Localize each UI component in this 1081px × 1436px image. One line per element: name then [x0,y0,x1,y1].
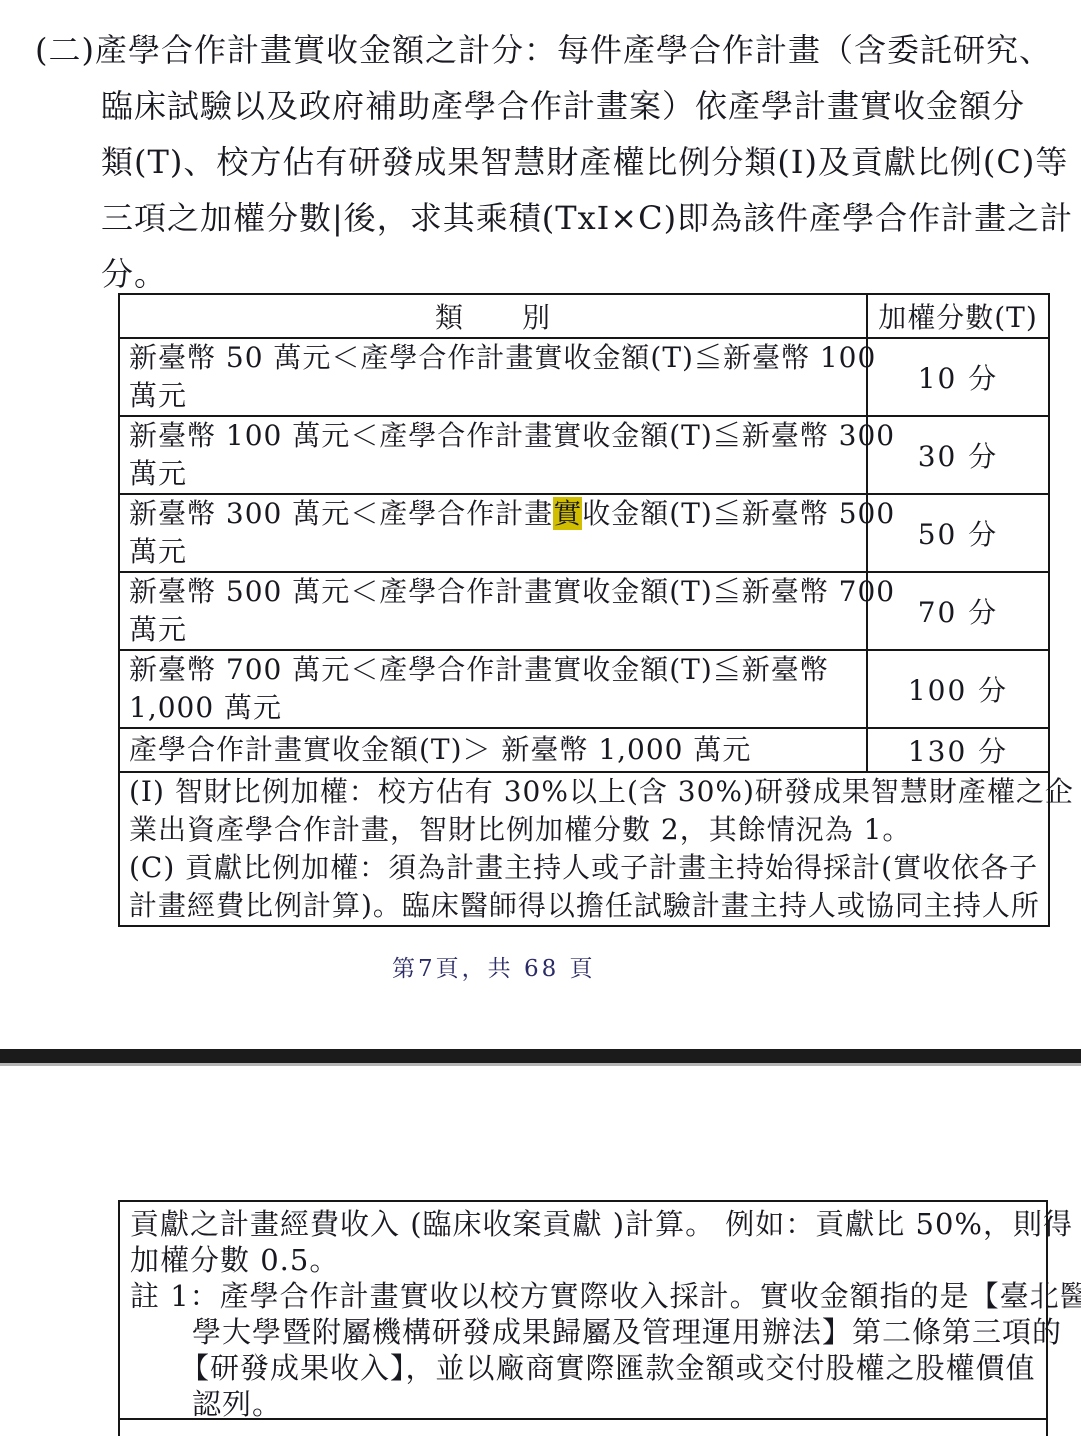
notes-continuation-box: 貢獻之計畫經費收入 (臨床收案貢獻 )計算。 例如：貢獻比 50%，則得 加權分… [118,1200,1048,1420]
box-line: 【研發成果收入】，並以廠商實際匯款金額或交付股權之股權價值 [130,1350,1036,1386]
next-table-row-partial [118,1420,1048,1436]
table-row: 產學合作計畫實收金額(T)＞ 新臺幣 1,000 萬元 130 分 [119,728,1049,772]
score-table: 類 別 加權分數(T) 新臺幣 50 萬元＜產學合作計畫實收金額(T)≦新臺幣 … [118,293,1050,927]
category-line: 新臺幣 500 萬元＜產學合作計畫實收金額(T)≦新臺幣 700 [129,573,857,611]
note-line: (I) 智財比例加權：校方佔有 30%以上(含 30%)研發成果智慧財產權之企 [129,773,1039,811]
category-header: 類 別 [119,294,867,338]
paragraph-line: (二)產學合作計畫實收金額之計分：每件產學合作計畫（含委託研究、 [35,22,1073,78]
box-line: 加權分數 0.5。 [130,1242,1036,1278]
category-cell: 新臺幣 100 萬元＜產學合作計畫實收金額(T)≦新臺幣 300 萬元 [119,416,867,494]
pdf-page-2: 貢獻之計畫經費收入 (臨床收案貢獻 )計算。 例如：貢獻比 50%，則得 加權分… [0,1066,1081,1436]
category-cell: 產學合作計畫實收金額(T)＞ 新臺幣 1,000 萬元 [119,728,867,772]
body-paragraph: (二)產學合作計畫實收金額之計分：每件產學合作計畫（含委託研究、 臨床試驗以及政… [35,22,1073,302]
category-line: 萬元 [129,377,857,415]
paragraph-line: 三項之加權分數|後，求其乘積(TxI×C)即為該件產學合作計畫之計 [101,190,1073,246]
pdf-page-1: (二)產學合作計畫實收金額之計分：每件產學合作計畫（含委託研究、 臨床試驗以及政… [0,0,1081,1049]
category-line: 新臺幣 300 萬元＜產學合作計畫實收金額(T)≦新臺幣 500 [129,495,857,533]
table-row: 新臺幣 300 萬元＜產學合作計畫實收金額(T)≦新臺幣 500 萬元 50 分 [119,494,1049,572]
category-line: 1,000 萬元 [129,689,857,727]
table-notes-row: (I) 智財比例加權：校方佔有 30%以上(含 30%)研發成果智慧財產權之企 … [119,772,1049,926]
category-line: 新臺幣 700 萬元＜產學合作計畫實收金額(T)≦新臺幣 [129,651,857,689]
category-text: 新臺幣 300 萬元＜產學合作計畫 [129,497,553,530]
category-cell: 新臺幣 50 萬元＜產學合作計畫實收金額(T)≦新臺幣 100 萬元 [119,338,867,416]
score-cell: 130 分 [867,728,1049,772]
score-header: 加權分數(T) [867,294,1049,338]
category-text: 收金額(T)≦新臺幣 500 [582,497,895,530]
category-line: 產學合作計畫實收金額(T)＞ 新臺幣 1,000 萬元 [129,731,857,769]
box-line: 貢獻之計畫經費收入 (臨床收案貢獻 )計算。 例如：貢獻比 50%，則得 [130,1206,1036,1242]
table-row: 新臺幣 100 萬元＜產學合作計畫實收金額(T)≦新臺幣 300 萬元 30 分 [119,416,1049,494]
box-line: 學大學暨附屬機構研發成果歸屬及管理運用辦法】第二條第三項的 [130,1314,1036,1350]
search-highlight: 實 [553,497,582,530]
category-cell: 新臺幣 700 萬元＜產學合作計畫實收金額(T)≦新臺幣 1,000 萬元 [119,650,867,728]
category-line: 新臺幣 100 萬元＜產學合作計畫實收金額(T)≦新臺幣 300 [129,417,857,455]
box-line: 註 1：產學合作計畫實收以校方實際收入採計。實收金額指的是【臺北醫 [130,1278,1036,1314]
table-row: 新臺幣 50 萬元＜產學合作計畫實收金額(T)≦新臺幣 100 萬元 10 分 [119,338,1049,416]
table-row: 新臺幣 500 萬元＜產學合作計畫實收金額(T)≦新臺幣 700 萬元 70 分 [119,572,1049,650]
note-line: (C) 貢獻比例加權：須為計畫主持人或子計畫主持始得採計(實收依各子 [129,849,1039,887]
score-cell: 100 分 [867,650,1049,728]
notes-cell: (I) 智財比例加權：校方佔有 30%以上(含 30%)研發成果智慧財產權之企 … [119,772,1049,926]
page-break-bar [0,1049,1081,1066]
paragraph-line: 臨床試驗以及政府補助產學合作計畫案）依產學計畫實收金額分 [101,78,1073,134]
category-cell: 新臺幣 300 萬元＜產學合作計畫實收金額(T)≦新臺幣 500 萬元 [119,494,867,572]
note-line: 計畫經費比例計算)。臨床醫師得以擔任試驗計畫主持人或協同主持人所 [129,887,1039,925]
table-header-row: 類 別 加權分數(T) [119,294,1049,338]
page-number: 第7頁，共 68 頁 [392,950,596,983]
table-row: 新臺幣 700 萬元＜產學合作計畫實收金額(T)≦新臺幣 1,000 萬元 10… [119,650,1049,728]
document-viewport: { "colors": { "highlight": "#d2be00", "p… [0,0,1081,1436]
category-line: 萬元 [129,533,857,571]
score-cell: 10 分 [867,338,1049,416]
category-line: 萬元 [129,611,857,649]
paragraph-line: 類(T)、校方佔有研發成果智慧財產權比例分類(I)及貢獻比例(C)等 [101,134,1073,190]
category-line: 新臺幣 50 萬元＜產學合作計畫實收金額(T)≦新臺幣 100 [129,339,857,377]
note-line: 業出資產學合作計畫，智財比例加權分數 2，其餘情況為 1。 [129,811,1039,849]
category-line: 萬元 [129,455,857,493]
box-line: 認列。 [130,1386,1036,1422]
category-cell: 新臺幣 500 萬元＜產學合作計畫實收金額(T)≦新臺幣 700 萬元 [119,572,867,650]
